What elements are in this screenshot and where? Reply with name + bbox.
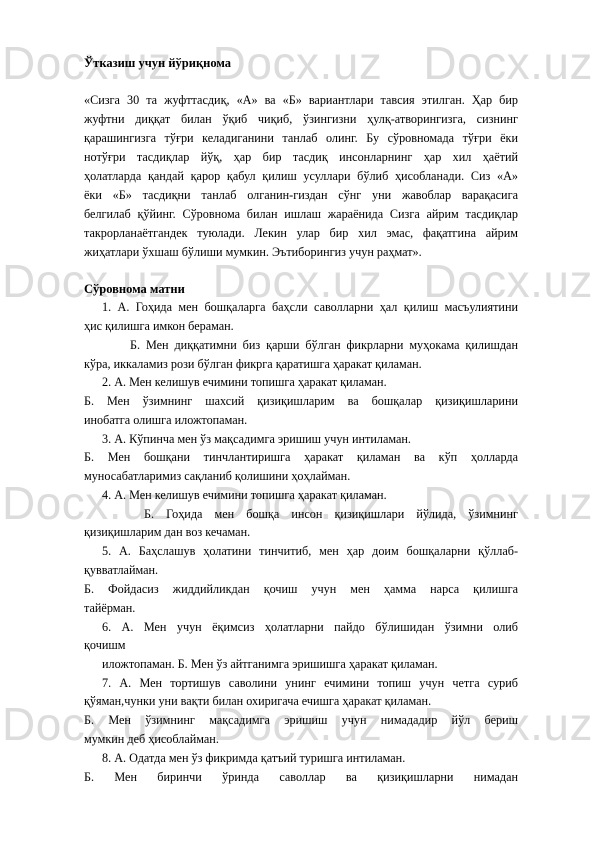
survey-line: 2. А. Мен келишув ечимини топишга ҳарака… bbox=[102, 375, 536, 390]
survey-line: 3. А. Кўпинча мен ўз мақсадимга эришиш у… bbox=[102, 432, 536, 447]
intro-line: такрорланаётгандек туюлади. Лекин улар б… bbox=[84, 226, 518, 241]
section-title: Сўровнома матни bbox=[84, 282, 518, 297]
survey-line: Б. Мен биринчи ўринда саволлар ва қизиқи… bbox=[84, 770, 518, 785]
survey-line: иложтопаман. Б. Мен ўз айтганимга эришиш… bbox=[102, 657, 536, 672]
survey-line: ҳис қилишга имкон бераман. bbox=[84, 319, 518, 334]
document-title: Ўтказиш учун йўриқнома bbox=[84, 56, 518, 71]
survey-line: Б. Мен ўзимнинг мақсадимга эришиш учун н… bbox=[84, 713, 518, 728]
survey-line: қочишм bbox=[84, 638, 518, 653]
survey-line: 6. А. Мен учун ёқимсиз ҳолатларни пайдо … bbox=[102, 620, 518, 635]
survey-line: Б. Мен ўзимнинг шахсий қизиқишларим ва б… bbox=[84, 394, 518, 409]
survey-line: Б. Мен диққатимни биз қарши бўлган фикрл… bbox=[130, 338, 518, 353]
survey-line: муносабатларимиз сақланиб қолишини ҳоҳла… bbox=[84, 469, 518, 484]
intro-line: жиҳатлари ўхшаш бўлиши мумкин. Эътиборин… bbox=[84, 245, 518, 260]
intro-line: белгилаб қўйинг. Сўровнома билан ишлаш ж… bbox=[84, 207, 518, 222]
intro-line: «Сизга 30 та жуфттасдиқ, «А» ва «Б» вари… bbox=[84, 93, 518, 108]
survey-line: инобатга олишга иложтопаман. bbox=[84, 413, 518, 428]
watermark: Docx.uz bbox=[213, 258, 383, 304]
survey-line: 1. А. Гоҳида мен бошқаларга баҳсли савол… bbox=[102, 300, 518, 315]
survey-line: қўяман,чунки уни вақти билан охиригача е… bbox=[84, 694, 518, 709]
survey-line: 8. А. Одатда мен ўз фикримда қатъий тури… bbox=[102, 751, 536, 766]
survey-line: мумкин деб ҳисоблайман. bbox=[84, 732, 518, 747]
survey-line: Б. Гоҳида мен бошқа инсон қизиқишлари йў… bbox=[144, 507, 518, 522]
survey-line: қувватлайман. bbox=[84, 563, 518, 578]
survey-line: Б. Фойдасиз жиддийликдан қочиш учун мен … bbox=[84, 582, 518, 597]
survey-line: қизиқишларим дан воз кечаман. bbox=[84, 525, 518, 540]
survey-line: кўра, иккаламиз рози бўлган фикрга қарат… bbox=[84, 357, 518, 372]
survey-line: тайёрман. bbox=[84, 601, 518, 616]
watermark: Docx.uz bbox=[2, 258, 172, 304]
intro-line: нотўғри тасдиқлар йўқ, ҳар бир тасдиқ ин… bbox=[84, 150, 518, 165]
intro-line: ҳолатларда қандай қарор қабул қилиш усул… bbox=[84, 169, 518, 184]
survey-line: 4. А. Мен келишув ечимини топишга ҳарака… bbox=[102, 488, 536, 503]
watermark-row: Docx.uz Docx.uz Docx.uz bbox=[0, 258, 595, 304]
watermark: Docx.uz bbox=[423, 258, 593, 304]
survey-line: 5. А. Баҳслашув ҳолатини тинчитиб, мен ҳ… bbox=[102, 544, 518, 559]
intro-line: жуфтни диққат билан ўқиб чиқиб, ўзингизн… bbox=[84, 112, 518, 127]
survey-line: Б. Мен бошқани тинчлантиришга ҳаракат қи… bbox=[84, 450, 518, 465]
intro-line: ёки «Б» тасдиқни танлаб олганин-гиздан с… bbox=[84, 188, 518, 203]
intro-line: қарашингизга тўғри келадиганини танлаб о… bbox=[84, 131, 518, 146]
survey-line: 7. А. Мен тортишув саволини унинг ечимин… bbox=[102, 676, 518, 691]
